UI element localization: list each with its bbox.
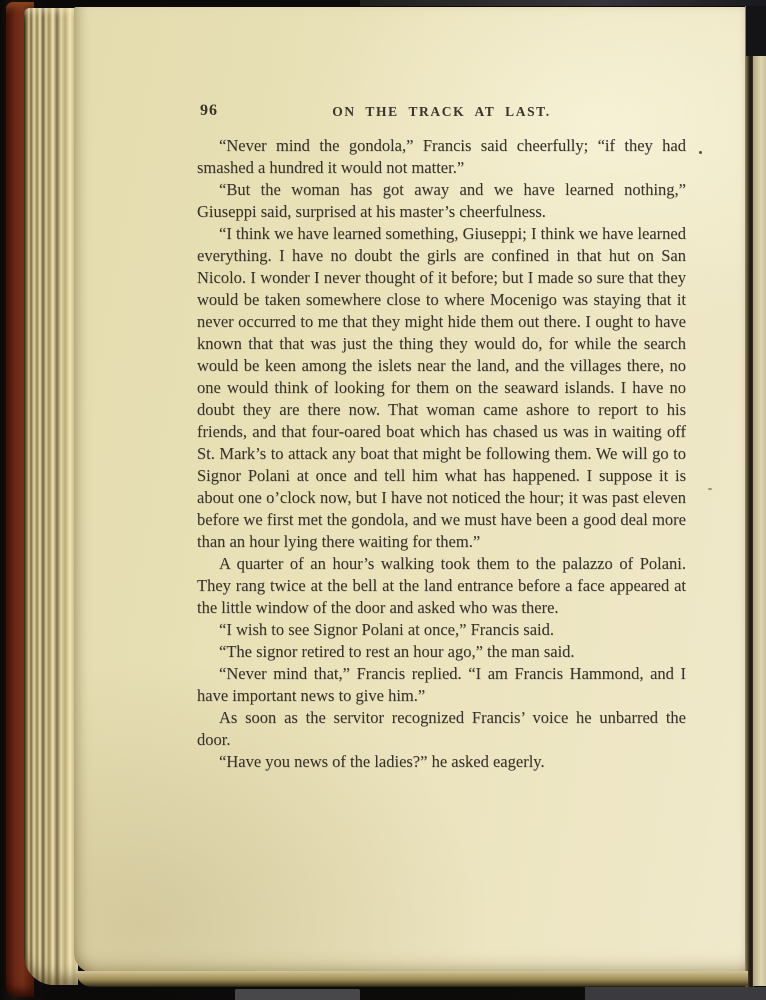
right-page-sliver xyxy=(753,54,766,986)
paragraph: “The signor retired to rest an hour ago,… xyxy=(197,641,686,663)
running-head: 96 ON THE TRACK AT LAST. xyxy=(197,102,686,124)
paragraph: As soon as the servitor recognized Franc… xyxy=(197,707,686,751)
bottom-page-edge xyxy=(76,971,748,987)
bottom-backdrop-highlight xyxy=(235,989,360,1000)
paragraph: “Never mind the gondola,” Francis said c… xyxy=(197,135,686,179)
bottom-backdrop-highlight xyxy=(585,987,766,1000)
book-page: 96 ON THE TRACK AT LAST. “Never mind the… xyxy=(74,7,748,973)
paragraph: “Never mind that,” Francis replied. “I a… xyxy=(197,663,686,707)
paragraph: “Have you news of the ladies?” he asked … xyxy=(197,751,686,773)
body-text: “Never mind the gondola,” Francis said c… xyxy=(197,135,686,773)
paper-speck xyxy=(699,151,702,154)
running-header-title: ON THE TRACK AT LAST. xyxy=(197,104,686,120)
paragraph: “But the woman has got away and we have … xyxy=(197,179,686,223)
paragraph: “I wish to see Signor Polani at once,” F… xyxy=(197,619,686,641)
top-edge-shadow xyxy=(360,0,766,6)
paragraph: A quarter of an hour’s walking took them… xyxy=(197,553,686,619)
top-right-backdrop xyxy=(746,0,766,56)
paragraph: “I think we have learned something, Gius… xyxy=(197,223,686,553)
book-photo: 96 ON THE TRACK AT LAST. “Never mind the… xyxy=(0,0,766,1000)
left-page-edges xyxy=(24,8,78,985)
paper-speck xyxy=(708,488,712,490)
